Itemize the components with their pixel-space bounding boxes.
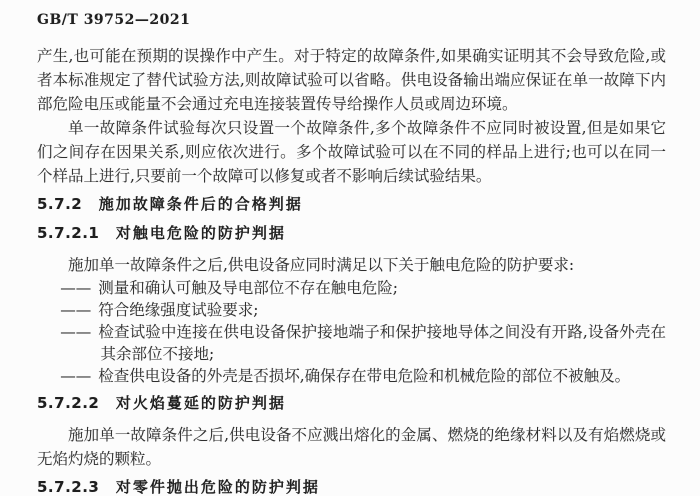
list-dash-marker: ——	[60, 367, 91, 385]
section-number: 5.7.2.3	[37, 478, 99, 496]
section-heading: 5.7.2.2对火焰蔓延的防护判据	[37, 394, 666, 413]
paragraph: 施加单一故障条件之后,供电设备不应溅出熔化的金属、燃烧的绝缘材料以及有焰燃烧或无…	[37, 423, 666, 471]
list-dash-marker: ——	[60, 301, 91, 319]
section-number: 5.7.2.1	[37, 224, 99, 242]
section-heading: 5.7.2.3对零件抛出危险的防护判据	[37, 478, 666, 496]
section-heading: 5.7.2施加故障条件后的合格判据	[37, 195, 666, 214]
dash-list-item: ——检查供电设备的外壳是否损坏,确保存在带电危险和机械危险的部位不被触及。	[37, 365, 666, 387]
section-title: 对触电危险的防护判据	[116, 224, 286, 242]
scanned-standard-page: GB/T 39752—2021 产生,也可能在预期的误操作中产生。对于特定的故障…	[0, 0, 700, 496]
standard-document-number: GB/T 39752—2021	[37, 12, 666, 28]
paragraph: 单一故障条件试验每次只设置一个故障条件,多个故障条件不应同时被设置,但是如果它们…	[37, 116, 666, 188]
list-dash-marker: ——	[60, 279, 91, 297]
section-title: 施加故障条件后的合格判据	[99, 195, 303, 213]
section-title: 对零件抛出危险的防护判据	[116, 478, 320, 496]
paragraph: 施加单一故障条件之后,供电设备应同时满足以下关于触电危险的防护要求:	[37, 253, 666, 277]
dash-list-item: ——测量和确认可触及导电部位不存在触电危险;	[37, 277, 666, 299]
section-title: 对火焰蔓延的防护判据	[116, 394, 286, 412]
dash-list-item: ——检查试验中连接在供电设备保护接地端子和保护接地导体之间没有开路,设备外壳在其…	[37, 321, 666, 365]
section-heading: 5.7.2.1对触电危险的防护判据	[37, 224, 666, 243]
document-body: 产生,也可能在预期的误操作中产生。对于特定的故障条件,如果确实证明其不会导致危险…	[37, 44, 666, 496]
list-dash-marker: ——	[60, 323, 91, 341]
section-number: 5.7.2	[37, 195, 82, 213]
section-number: 5.7.2.2	[37, 394, 99, 412]
dash-list: ——测量和确认可触及导电部位不存在触电危险;——符合绝缘强度试验要求;——检查试…	[37, 277, 666, 387]
dash-list-item: ——符合绝缘强度试验要求;	[37, 299, 666, 321]
paragraph: 产生,也可能在预期的误操作中产生。对于特定的故障条件,如果确实证明其不会导致危险…	[37, 44, 666, 116]
